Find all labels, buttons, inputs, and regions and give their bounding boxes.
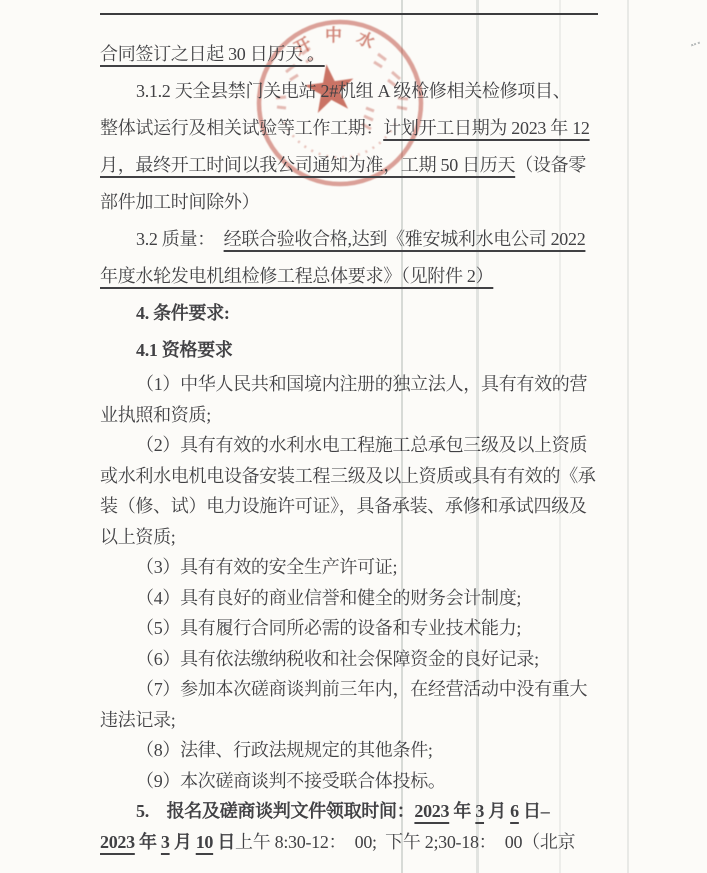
text-line: 以上资质; — [100, 522, 660, 553]
text-line: 5. 报名及磋商谈判文件领取时间：2023 年 3 月 6 日– — [100, 796, 660, 827]
text-line: 或水利水电机电设备安装工程三级及以上资质或具有有效的《承 — [100, 461, 660, 492]
text-line: 3.1.2 天全县禁门关电站 2#机组 A 级检修相关检修项目、 — [100, 73, 660, 110]
text-segment: （8）法律、行政法规规定的其他条件; — [136, 740, 433, 760]
text-line: 月，最终开工时间以我公司通知为准，工期 50 日历天（设备零 — [100, 147, 660, 184]
text-segment: 2023 — [100, 832, 135, 852]
scanned-document-page: 开中水 合同签订之日起 30 日历天 。3.1.2 天全县禁门关电站 2#机组 … — [0, 0, 707, 873]
text-segment: 以上资质; — [100, 527, 176, 547]
text-line: 4. 条件要求: — [100, 295, 660, 332]
text-line: （2）具有有效的水利水电工程施工总承包三级及以上资质 — [100, 430, 660, 461]
text-segment: 月 — [484, 801, 510, 821]
text-segment: 3 — [475, 801, 484, 821]
text-segment: （3）具有有效的安全生产许可证; — [136, 557, 397, 577]
text-line: 合同签订之日起 30 日历天 。 — [100, 36, 660, 73]
text-segment: 整体试运行及相关试验等工作工期： — [100, 118, 383, 138]
text-segment: （5）具有履行合同所必需的设备和专业技术能力; — [136, 618, 521, 638]
text-segment: 合同签订之日起 30 日历天 。 — [100, 44, 325, 64]
text-line: 整体试运行及相关试验等工作工期：计划开工日期为 2023 年 12 — [100, 110, 660, 147]
text-segment: （9）本次磋商谈判不接受联合体投标。 — [136, 771, 446, 791]
text-line: 2023 年 3 月 10 日上午 8:30-12： 00; 下午 2;30-1… — [100, 827, 660, 858]
text-line: 违法记录; — [100, 705, 660, 736]
text-line: （3）具有有效的安全生产许可证; — [100, 552, 660, 583]
text-line: 部件加工时间除外） — [100, 184, 660, 221]
text-segment: 月，最终开工时间以我公司通知为准，工期 50 日历天 — [100, 155, 515, 175]
text-segment: 日 — [213, 832, 235, 852]
text-segment: 3.2 质量： — [136, 229, 224, 249]
text-line: 装（修、试）电力设施许可证》，具备承装、承修和承试四级及 — [100, 491, 660, 522]
text-line: （5）具有履行合同所必需的设备和专业技术能力; — [100, 613, 660, 644]
text-segment: （1）中华人民共和国境内注册的独立法人，具有有效的营 — [136, 374, 587, 394]
text-segment: 2023 — [414, 801, 449, 821]
text-line: 业执照和资质; — [100, 400, 660, 431]
text-line: （9）本次磋商谈判不接受联合体投标。 — [100, 766, 660, 797]
text-segment: 或水利水电机电设备安装工程三级及以上资质或具有有效的《承 — [100, 466, 596, 486]
scan-speck — [691, 42, 700, 47]
text-segment: （7）参加本次磋商谈判前三年内，在经营活动中没有重大 — [136, 679, 587, 699]
text-line: 年度水轮发电机组检修工程总体要求》（见附件 2） — [100, 258, 660, 295]
text-segment: 装（修、试）电力设施许可证》，具备承装、承修和承试四级及 — [100, 496, 587, 516]
text-segment: 上午 8:30-12： 00; 下午 2;30-18： 00（北京 — [235, 832, 575, 852]
text-segment: 5. 报名及磋商谈判文件领取时间： — [136, 801, 414, 821]
text-segment: 4. 条件要求: — [136, 303, 230, 323]
document-body: 合同签订之日起 30 日历天 。3.1.2 天全县禁门关电站 2#机组 A 级检… — [100, 36, 660, 857]
text-line: （8）法律、行政法规规定的其他条件; — [100, 735, 660, 766]
text-segment: 违法记录; — [100, 710, 176, 730]
text-segment: 年 — [135, 832, 161, 852]
text-segment: 6 — [510, 801, 519, 821]
text-line: （7）参加本次磋商谈判前三年内，在经营活动中没有重大 — [100, 674, 660, 705]
text-segment: 经联合验收合格,达到《雅安城利水电公司 2022 — [224, 229, 586, 249]
text-line: 4.1 资格要求 — [100, 332, 660, 369]
text-segment: 部件加工时间除外） — [100, 192, 259, 212]
text-segment: 3.1.2 天全县禁门关电站 2#机组 A 级检修相关检修项目、 — [136, 81, 570, 101]
text-segment: 年度水轮发电机组检修工程总体要求》（见附件 2） — [100, 266, 493, 286]
text-segment: （6）具有依法缴纳税收和社会保障资金的良好记录; — [136, 649, 539, 669]
text-segment: 年 — [449, 801, 475, 821]
text-segment: 3 — [161, 832, 170, 852]
text-line: （1）中华人民共和国境内注册的独立法人，具有有效的营 — [100, 369, 660, 400]
text-segment: （设备零 — [515, 155, 586, 175]
text-segment: （2）具有有效的水利水电工程施工总承包三级及以上资质 — [136, 435, 587, 455]
text-line: （6）具有依法缴纳税收和社会保障资金的良好记录; — [100, 644, 660, 675]
text-segment: 10 — [196, 832, 213, 852]
text-segment: 月 — [170, 832, 196, 852]
text-segment: 业执照和资质; — [100, 405, 211, 425]
text-line: （4）具有良好的商业信誉和健全的财务会计制度; — [100, 583, 660, 614]
text-segment: 4.1 资格要求 — [136, 340, 233, 360]
text-line: 3.2 质量： 经联合验收合格,达到《雅安城利水电公司 2022 — [100, 221, 660, 258]
text-segment: 日– — [519, 801, 550, 821]
text-segment: （4）具有良好的商业信誉和健全的财务会计制度; — [136, 588, 521, 608]
text-segment: 计划开工日期为 2023 年 12 — [383, 118, 589, 138]
